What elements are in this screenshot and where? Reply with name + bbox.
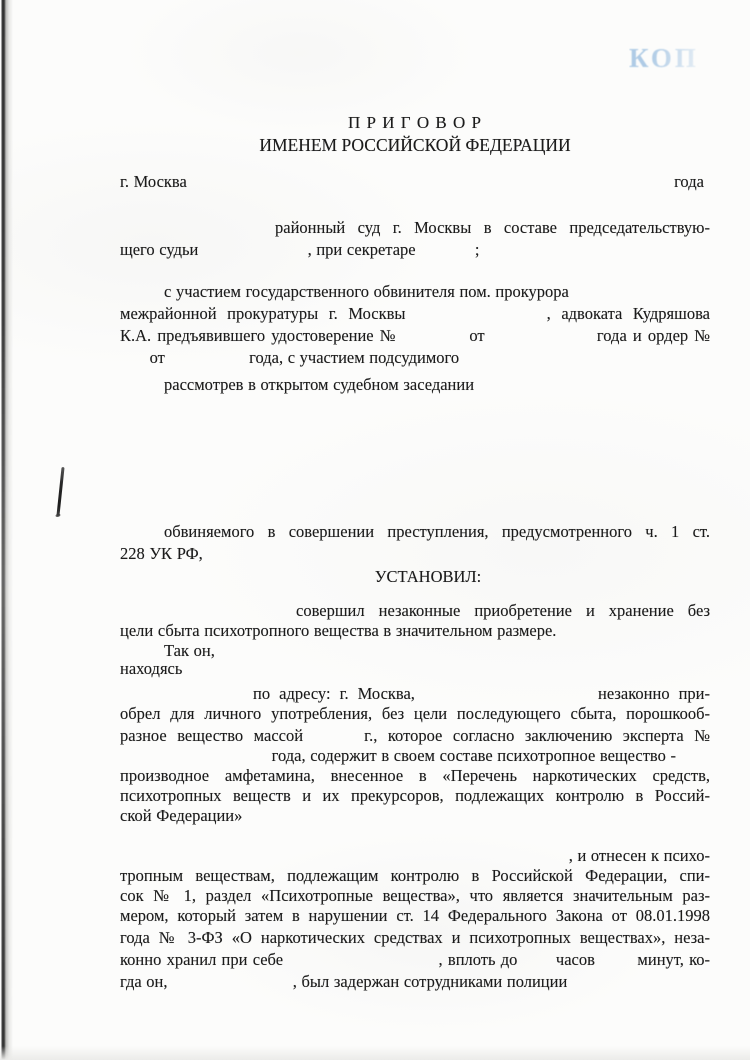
text-segment: психотропных веществ и их прекурсоров, п… [120, 786, 710, 805]
text-line: , и отнесен к психо- [120, 846, 710, 866]
blank-field [191, 186, 669, 187]
text-segment: года, содержит в своем составе психотроп… [272, 746, 676, 765]
text-line: года № 3-ФЗ «О наркотических средствах и… [120, 928, 710, 948]
text-segment: производное амфетамина, внесенное в «Пер… [120, 766, 710, 785]
scan-edge-left [0, 0, 13, 1060]
text-line: УСТАНОВИЛ: [132, 567, 724, 587]
text-segment: цели сбыта психотропного вещества в знач… [120, 621, 556, 640]
pen-mark [56, 467, 64, 516]
scanned-page: { "page": { "background": "#fcfcfb", "in… [0, 0, 750, 1060]
text-segment: межрайонной прокуратуры г. Москвы [120, 304, 406, 323]
text-segment: конно хранил при себе [120, 950, 283, 969]
text-line: тропным веществам, подлежащим контролю в… [120, 866, 710, 886]
text-segment: рассмотрев в открытом судебном заседании [164, 375, 474, 394]
text-segment: года, с участием подсудимого [249, 348, 459, 367]
text-line: мером, который затем в нарушении ст. 14 … [120, 906, 710, 926]
document-title: П Р И Г О В О Р ИМЕНЕМ РОССИЙСКОЙ ФЕДЕРА… [120, 112, 710, 156]
text-line: совершил незаконные приобретение и хране… [296, 601, 710, 621]
text-segment: г. Москва [120, 172, 187, 191]
text-segment: ской Федерации» [120, 806, 242, 825]
text-line: гда он, , был задержан сотрудниками поли… [120, 972, 710, 992]
text-line: обвиняемого в совершении преступления, п… [164, 522, 710, 542]
blank-field [424, 698, 589, 699]
text-segment: совершил незаконные приобретение и хране… [296, 601, 710, 620]
text-segment: районный суд г. Москвы в составе председ… [275, 218, 710, 237]
text-line: Так он, [164, 641, 710, 661]
blank-field [491, 340, 591, 341]
text-line: сок № 1, раздел «Психотропные вещества»,… [120, 886, 710, 906]
text-segment: тропным веществам, подлежащим контролю в… [120, 866, 710, 885]
title-in-the-name: ИМЕНЕМ РОССИЙСКОЙ ФЕДЕРАЦИИ [120, 134, 710, 156]
blank-field [314, 740, 354, 741]
text-segment: от [150, 348, 165, 367]
blank-field [203, 254, 303, 255]
text-line: районный суд г. Москвы в составе председ… [275, 218, 710, 238]
blank-field [403, 340, 463, 341]
text-line: разное вещество массой г., которое согла… [120, 726, 710, 746]
text-segment: года [674, 172, 704, 191]
text-segment: ; [475, 240, 480, 259]
text-segment: , при секретаре [308, 240, 416, 259]
copy-stamp: КОП [629, 44, 699, 74]
text-line: цели сбыта психотропного вещества в знач… [120, 621, 710, 641]
blank-field [600, 964, 632, 965]
text-line: К.А. предъявившего удостоверение № от го… [120, 326, 710, 346]
text-segment: от [469, 326, 484, 345]
text-line: межрайонной прокуратуры г. Москвы , адво… [120, 304, 710, 324]
text-segment: 228 УК РФ, [120, 544, 203, 563]
text-segment: щего судьи [120, 240, 198, 259]
text-segment: обрел для личного употребления, без цели… [120, 704, 710, 723]
text-line: производное амфетамина, внесенное в «Пер… [120, 766, 710, 786]
text-line: конно хранил при себе , вплоть до часов … [120, 950, 710, 970]
blank-field [416, 318, 536, 319]
text-segment: по адресу: г. Москва, [253, 684, 415, 703]
text-line: находясь [120, 659, 710, 679]
blank-field [420, 254, 470, 255]
blank-field [172, 986, 288, 987]
text-segment: , и отнесен к психо- [569, 846, 710, 865]
text-line: от года, с участием подсудимого [120, 348, 710, 368]
scan-edge-bottom [0, 1046, 750, 1060]
text-segment: Так он, [164, 641, 215, 660]
blank-field [288, 964, 433, 965]
text-line: года, содержит в своем составе психотроп… [120, 746, 710, 766]
text-segment: УСТАНОВИЛ: [375, 567, 481, 586]
blank-field [170, 362, 245, 363]
text-segment: незаконно при- [598, 684, 710, 703]
text-segment: К.А. предъявившего удостоверение № [120, 326, 397, 345]
text-line: психотропных веществ и их прекурсоров, п… [120, 786, 710, 806]
text-segment: находясь [120, 659, 182, 678]
text-segment: , адвоката Кудряшова [547, 304, 710, 323]
text-line: ской Федерации» [120, 806, 710, 826]
text-segment: , вплоть до [439, 950, 518, 969]
blank-field [523, 964, 551, 965]
text-segment: года № 3-ФЗ «О наркотических средствах и… [120, 928, 710, 947]
title-verdict: П Р И Г О В О Р [120, 112, 710, 134]
blank-field [120, 760, 267, 761]
text-line: обрел для личного употребления, без цели… [120, 704, 710, 724]
text-line: 228 УК РФ, [120, 544, 710, 564]
text-segment: разное вещество массой [120, 726, 303, 745]
text-segment: сок № 1, раздел «Психотропные вещества»,… [120, 886, 710, 905]
text-line: с участием государственного обвинителя п… [164, 282, 710, 302]
text-segment: г., которое согласно заключению эксперта… [364, 726, 710, 745]
text-line: рассмотрев в открытом судебном заседании [164, 375, 710, 395]
text-line: щего судьи , при секретаре ; [120, 240, 710, 260]
text-segment: , был задержан сотрудниками полиции [293, 972, 568, 991]
blank-field [120, 362, 145, 363]
text-segment: гда он, [120, 972, 168, 991]
text-line: г. Москва года [120, 172, 710, 192]
text-segment: мером, который затем в нарушении ст. 14 … [120, 906, 710, 925]
text-segment: минут, ко- [637, 950, 710, 969]
text-segment: обвиняемого в совершении преступления, п… [164, 522, 710, 541]
text-segment: часов [556, 950, 595, 969]
text-line: по адресу: г. Москва, незаконно при- [253, 684, 710, 704]
text-segment: с участием государственного обвинителя п… [164, 282, 569, 301]
text-segment: года и ордер № [597, 326, 710, 345]
